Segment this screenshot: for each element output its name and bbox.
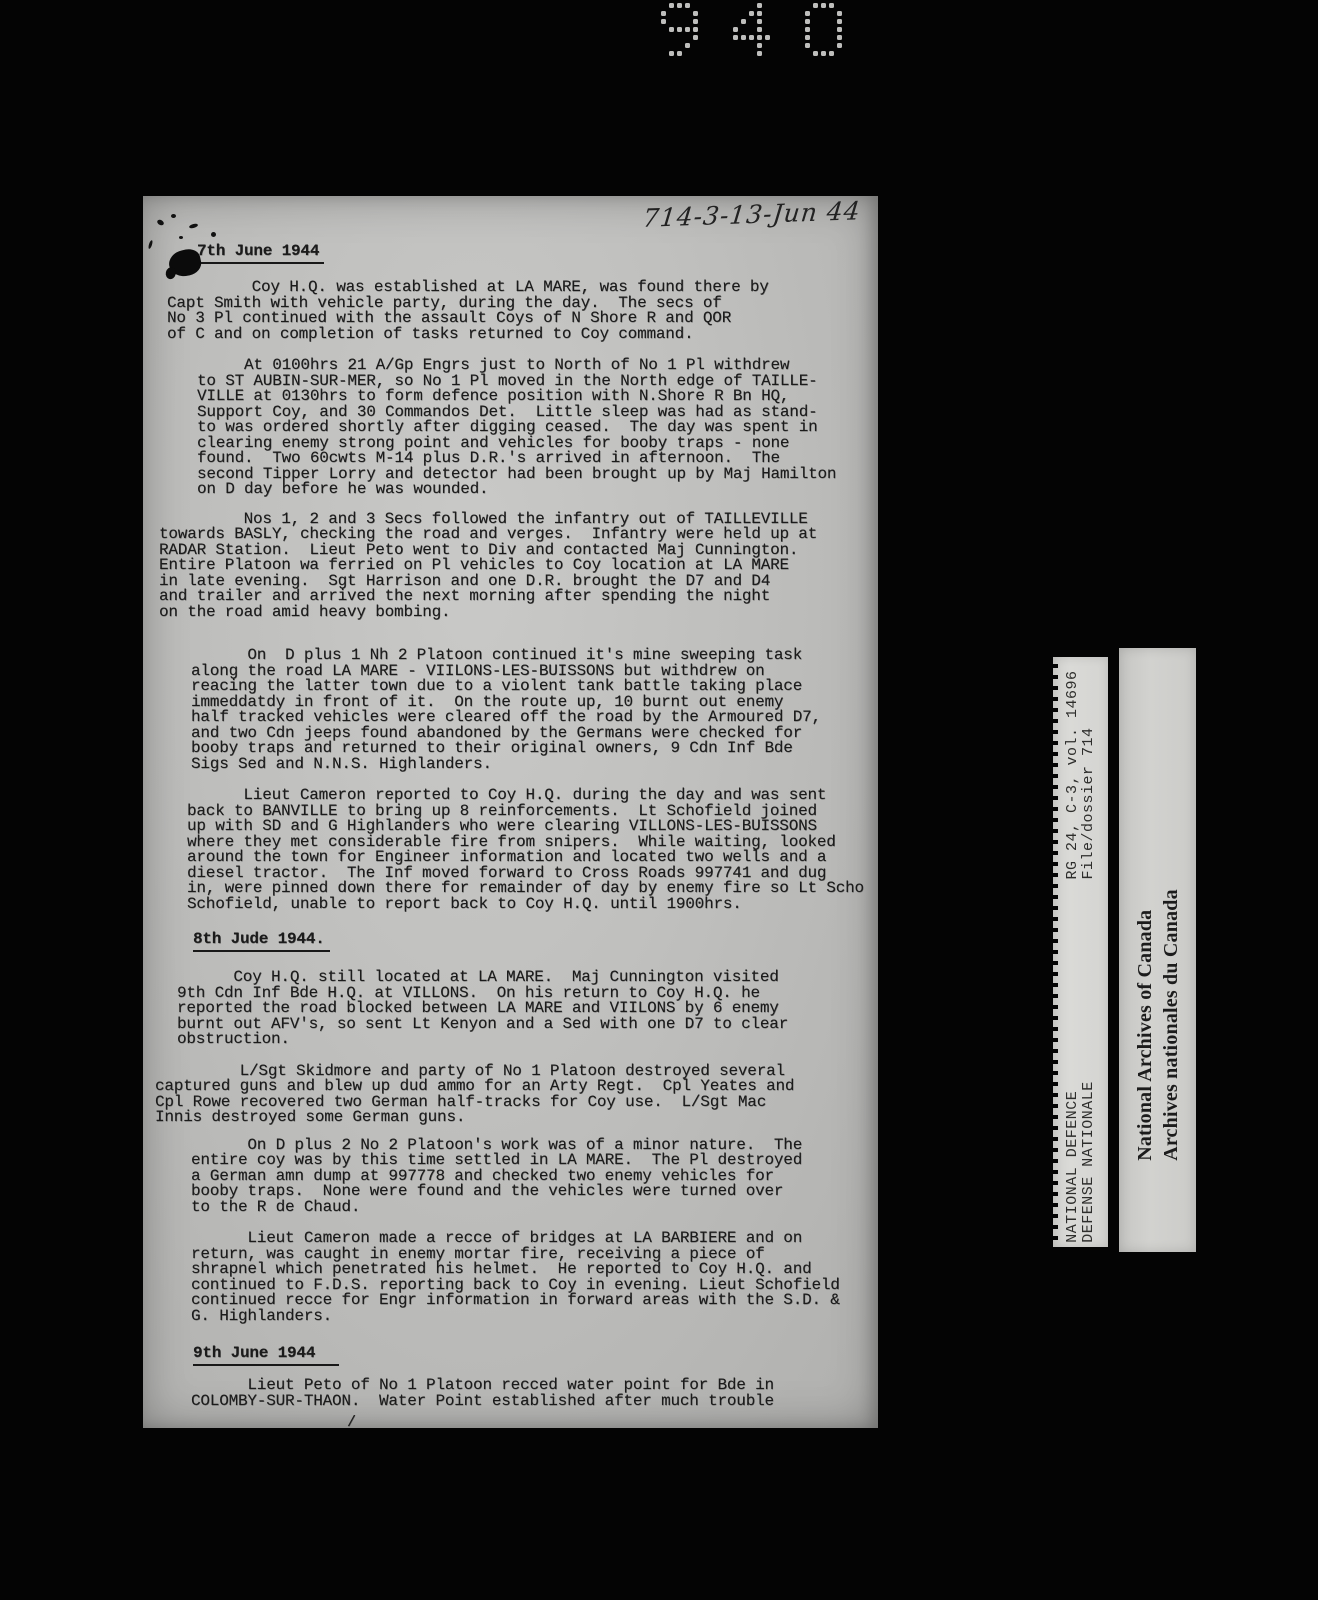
stamp-dot: [684, 42, 692, 50]
stamp-dot: [756, 18, 764, 26]
stamp-dot: [732, 2, 740, 10]
stamp-dot: [804, 26, 812, 34]
stamp-dot: [660, 42, 668, 50]
stamp-dot: [804, 42, 812, 50]
typewritten-line: G. Highlanders.: [191, 1309, 878, 1325]
stamp-dot: [684, 26, 692, 34]
archives-wordmark: National Archives of Canada Archives nat…: [1132, 889, 1184, 1161]
stamp-dot: [764, 18, 772, 26]
date-heading: 7th June 1944: [197, 242, 878, 264]
stamp-dot: [812, 42, 820, 50]
stamp-dot: [692, 2, 700, 10]
stamp-dot: [732, 10, 740, 18]
stamp-dot: [804, 2, 812, 10]
stamp-dot: [828, 34, 836, 42]
stamp-dot: [804, 50, 812, 58]
stamp-dot: [764, 10, 772, 18]
stamp-dot: [692, 18, 700, 26]
stamp-digit: [732, 2, 772, 58]
stamp-dot: [748, 10, 756, 18]
ink-speckle: [189, 223, 199, 229]
stamp-dot: [668, 34, 676, 42]
diary-text: 7th June 1944 Coy H.Q. was established a…: [143, 242, 878, 1428]
stamp-dot: [748, 50, 756, 58]
stamp-dot: [676, 42, 684, 50]
stamp-dot: [676, 50, 684, 58]
stamp-dot: [748, 18, 756, 26]
record-group-label: RG 24, C-3, vol. 14696: [1065, 670, 1081, 879]
ink-speckle: [179, 236, 183, 239]
stamp-dot: [836, 50, 844, 58]
date-heading-text: 9th June 1944: [193, 1344, 339, 1366]
diary-paragraph: Lieut Peto of No 1 Platoon recced water …: [191, 1378, 878, 1409]
diary-paragraph: Nos 1, 2 and 3 Secs followed the infantr…: [159, 512, 878, 621]
stamp-dot: [740, 50, 748, 58]
stamp-dot: [836, 34, 844, 42]
stamp-dot: [764, 26, 772, 34]
stamp-dot: [748, 26, 756, 34]
date-heading: 8th Jude 1944.: [193, 930, 878, 952]
stamp-dot: [748, 42, 756, 50]
date-heading-text: 8th Jude 1944.: [193, 930, 330, 952]
stamp-dot: [684, 2, 692, 10]
handwritten-file-reference: 714-3-13-Jun 44: [642, 196, 863, 233]
stamp-dot: [828, 2, 836, 10]
stamp-dot: [836, 10, 844, 18]
stamp-dot: [676, 26, 684, 34]
ink-speckle: [171, 214, 176, 218]
typewritten-line: COLOMBY-SUR-THAON. Water Point establish…: [191, 1394, 878, 1410]
stamp-dot: [812, 18, 820, 26]
stamp-dot: [732, 42, 740, 50]
stamp-dot: [820, 50, 828, 58]
diary-paragraph: Lieut Cameron made a recce of bridges at…: [191, 1231, 878, 1324]
typewritten-line: on the road amid heavy bombing.: [159, 605, 878, 621]
stamp-dot: [820, 10, 828, 18]
stamp-dot: [668, 18, 676, 26]
stamp-dot: [684, 50, 692, 58]
stamp-dot: [812, 50, 820, 58]
stamp-dot: [692, 10, 700, 18]
archives-name-en: National Archives of Canada: [1132, 889, 1158, 1161]
stamp-dot: [660, 34, 668, 42]
stamp-dot: [828, 18, 836, 26]
stamp-dot: [764, 42, 772, 50]
diary-paragraph: Coy H.Q. still located at LA MARE. Maj C…: [177, 970, 878, 1048]
stamp-digit: [660, 2, 700, 58]
dossier-label: File/dossier 714: [1081, 670, 1097, 879]
stamp-dot: [732, 26, 740, 34]
stamp-dot: [804, 34, 812, 42]
stamp-dot: [820, 18, 828, 26]
stamp-dot: [740, 26, 748, 34]
stamp-dot: [676, 2, 684, 10]
stamp-dot: [828, 50, 836, 58]
stamp-dot: [764, 50, 772, 58]
file-reference-label: RG 24, C-3, vol. 14696 File/dossier 714: [1065, 670, 1097, 879]
stamp-dot: [820, 2, 828, 10]
national-defence-en: NATIONAL DEFENCE: [1065, 1081, 1081, 1243]
stamp-dot: [812, 10, 820, 18]
stamp-dot: [740, 42, 748, 50]
stamp-dot: [756, 42, 764, 50]
stamp-dot: [660, 10, 668, 18]
stamp-dot: [740, 2, 748, 10]
stamp-dot: [692, 34, 700, 42]
diary-paragraph: On D plus 1 Nh 2 Platoon continued it's …: [191, 648, 878, 772]
stamp-dot: [804, 10, 812, 18]
stamp-dot: [668, 42, 676, 50]
stamp-dot: [764, 34, 772, 42]
stamp-dot: [660, 50, 668, 58]
typewritten-line: on D day before he was wounded.: [197, 482, 878, 498]
stamp-dot: [756, 50, 764, 58]
typewritten-line: Sigs Sed and N.N.S. Highlanders.: [191, 757, 878, 773]
stamp-dot: [828, 10, 836, 18]
national-archives-strip: National Archives of Canada Archives nat…: [1119, 648, 1196, 1252]
date-heading-text: 7th June 1944: [197, 242, 324, 264]
footer-slash-mark: /: [347, 1415, 878, 1428]
stamp-dot: [684, 34, 692, 42]
stamp-dot: [732, 50, 740, 58]
stamp-dot: [684, 18, 692, 26]
stamp-dot: [692, 42, 700, 50]
stamp-dot: [764, 2, 772, 10]
stamp-dot: [692, 26, 700, 34]
stamp-dot: [836, 42, 844, 50]
diary-paragraph: On D plus 2 No 2 Platoon's work was of a…: [191, 1138, 878, 1216]
stamp-dot: [836, 18, 844, 26]
stamp-dot: [740, 34, 748, 42]
typewritten-line: Innis destroyed some German guns.: [155, 1110, 878, 1126]
diary-paragraph: Lieut Cameron reported to Coy H.Q. durin…: [187, 788, 878, 912]
stamp-dot: [676, 18, 684, 26]
stamp-dot: [668, 26, 676, 34]
stamp-dot: [740, 10, 748, 18]
stamp-dot: [756, 26, 764, 34]
stamp-dot: [676, 10, 684, 18]
archive-label-strip: RG 24, C-3, vol. 14696 File/dossier 714 …: [1053, 657, 1108, 1247]
diary-paragraph: At 0100hrs 21 A/Gp Engrs just to North o…: [197, 358, 878, 498]
stamp-dot: [668, 10, 676, 18]
stamp-dot: [740, 18, 748, 26]
typewritten-line: to the R de Chaud.: [191, 1200, 878, 1216]
date-heading: 9th June 1944: [193, 1344, 878, 1366]
stamp-dot: [668, 50, 676, 58]
stamp-dot: [748, 34, 756, 42]
stamp-dot: [836, 26, 844, 34]
archives-name-fr: Archives nationales du Canada: [1158, 889, 1184, 1161]
stamp-dot: [660, 18, 668, 26]
document-page: 714-3-13-Jun 44 7th June 1944 Coy H.Q. w…: [143, 196, 878, 1428]
stamp-dot: [684, 10, 692, 18]
stamp-dot: [812, 2, 820, 10]
stamp-dot: [732, 18, 740, 26]
stamp-dot: [676, 34, 684, 42]
stamp-dot: [668, 2, 676, 10]
national-defence-fr: DEFENSE NATIONALE: [1081, 1081, 1097, 1243]
stamp-dot: [804, 18, 812, 26]
stamp-dot: [812, 34, 820, 42]
national-defence-label: NATIONAL DEFENCE DEFENSE NATIONALE: [1065, 1081, 1097, 1243]
stamp-dot: [828, 26, 836, 34]
stamp-dot: [756, 2, 764, 10]
stamp-dot: [820, 26, 828, 34]
page-number-stamp: [660, 2, 844, 58]
typewritten-line: Schofield, unable to report back to Coy …: [187, 897, 878, 913]
stamp-dot: [732, 34, 740, 42]
stamp-dot: [756, 34, 764, 42]
diary-paragraph: L/Sgt Skidmore and party of No 1 Platoon…: [155, 1064, 878, 1126]
stamp-dot: [820, 42, 828, 50]
stamp-dot: [828, 42, 836, 50]
stamp-dot: [692, 50, 700, 58]
typewritten-line: of C and on completion of tasks returned…: [167, 327, 878, 343]
stamp-dot: [748, 2, 756, 10]
stamp-dot: [820, 34, 828, 42]
stamp-dot: [756, 10, 764, 18]
scanned-archive-page: { "stamp": { "digits": "940" }, "annotat…: [0, 0, 1318, 1600]
ink-speckle: [156, 219, 165, 227]
stamp-dot: [836, 2, 844, 10]
typewritten-line: obstruction.: [177, 1032, 878, 1048]
stamp-digit: [804, 2, 844, 58]
diary-paragraph: Coy H.Q. was established at LA MARE, was…: [167, 280, 878, 342]
stamp-dot: [812, 26, 820, 34]
stamp-dot: [660, 26, 668, 34]
ink-speckle: [211, 232, 216, 237]
stamp-dot: [660, 2, 668, 10]
